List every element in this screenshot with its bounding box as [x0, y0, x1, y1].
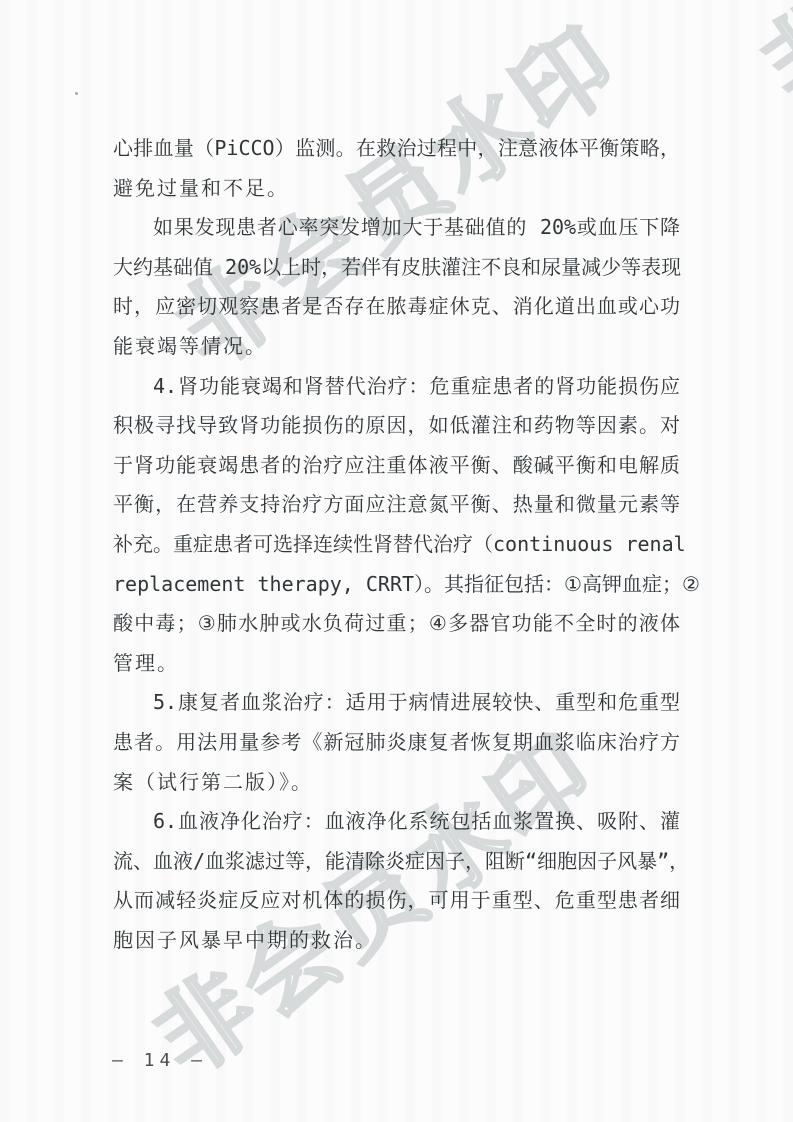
- ink-speck: [75, 92, 78, 95]
- text-line: 如果发现患者心率突发增加大于基础值的 20%或血压下降: [113, 208, 680, 248]
- paragraph: 6.血液净化治疗：血液净化系统包括血浆置换、吸附、灌 流、血液/血浆滤过等，能清…: [113, 802, 680, 960]
- text-line: 5.康复者血浆治疗：适用于病情进展较快、重型和危重型: [113, 683, 680, 723]
- text-line: 于肾功能衰竭患者的治疗应注重体液平衡、酸碱平衡和电解质: [113, 446, 680, 486]
- text-line: replacement therapy, CRRT）。其指征包括：①高钾血症；②: [113, 565, 680, 605]
- text-line: 酸中毒；③肺水肿或水负荷过重；④多器官功能不全时的液体: [113, 604, 680, 644]
- text-line: 平衡，在营养支持治疗方面应注意氮平衡、热量和微量元素等: [113, 485, 680, 525]
- document-page: 非会员水印 非会员水印 非 心排血量（PiCCO）监测。在救治过程中，注意液体平…: [0, 0, 793, 1122]
- paragraph: 如果发现患者心率突发增加大于基础值的 20%或血压下降 大约基础值 20%以上时…: [113, 208, 680, 366]
- text-line: 案（试行第二版）》。: [113, 763, 680, 803]
- paragraph: 心排血量（PiCCO）监测。在救治过程中，注意液体平衡策略， 避免过量和不足。: [113, 129, 680, 208]
- text-line: 大约基础值 20%以上时，若伴有皮肤灌注不良和尿量减少等表现: [113, 248, 680, 288]
- watermark-fragment: 非: [748, 0, 793, 119]
- text-line: 胞因子风暴早中期的救治。: [113, 921, 680, 961]
- text-line: 6.血液净化治疗：血液净化系统包括血浆置换、吸附、灌: [113, 802, 680, 842]
- text-line: 积极寻找导致肾功能损伤的原因，如低灌注和药物等因素。对: [113, 406, 680, 446]
- text-line: 从而减轻炎症反应对机体的损伤，可用于重型、危重型患者细: [113, 881, 680, 921]
- text-line: 避免过量和不足。: [113, 169, 680, 209]
- document-body: 心排血量（PiCCO）监测。在救治过程中，注意液体平衡策略， 避免过量和不足。 …: [113, 129, 680, 960]
- text-line: 4.肾功能衰竭和肾替代治疗：危重症患者的肾功能损伤应: [113, 367, 680, 407]
- page-number: — 14 —: [112, 1050, 207, 1071]
- text-line: 流、血液/血浆滤过等，能清除炎症因子，阻断“细胞因子风暴”，: [113, 842, 680, 882]
- text-line: 患者。用法用量参考《新冠肺炎康复者恢复期血浆临床治疗方: [113, 723, 680, 763]
- paragraph: 5.康复者血浆治疗：适用于病情进展较快、重型和危重型 患者。用法用量参考《新冠肺…: [113, 683, 680, 802]
- text-line: 管理。: [113, 644, 680, 684]
- text-line: 心排血量（PiCCO）监测。在救治过程中，注意液体平衡策略，: [113, 129, 680, 169]
- text-line: 能衰竭等情况。: [113, 327, 680, 367]
- text-line: 时，应密切观察患者是否存在脓毒症休克、消化道出血或心功: [113, 287, 680, 327]
- text-line: 补充。重症患者可选择连续性肾替代治疗（continuous renal: [113, 525, 680, 565]
- paragraph: 4.肾功能衰竭和肾替代治疗：危重症患者的肾功能损伤应 积极寻找导致肾功能损伤的原…: [113, 367, 680, 684]
